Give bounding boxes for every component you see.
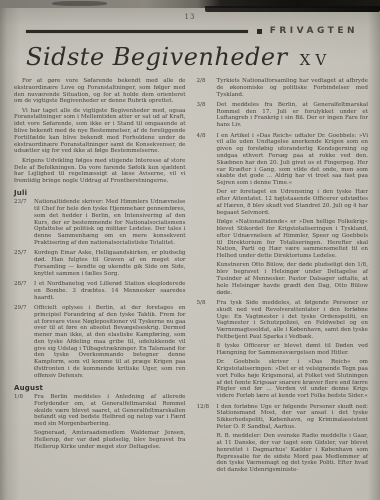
- intro-paragraph: For at gøre vore Søfarende bekendt med a…: [14, 78, 186, 105]
- news-entry: 23/7 Nationaltidende skriver: Med Himmle…: [14, 199, 186, 247]
- section-heading-august: August: [14, 385, 186, 392]
- article-title-numeral: XV: [300, 51, 332, 69]
- entry-text: Tyrkiets Nationalforsamling har vedtaget…: [217, 78, 369, 98]
- masthead-row: FRIVAGTEN: [26, 26, 358, 36]
- news-entry: 4/8 I en Artikel i »Das Reich« udtaler D…: [197, 133, 369, 297]
- entry-text: I den forløbne Uge er følgende Personer …: [217, 404, 369, 474]
- entry-paragraph: Fra tysk Side meddeles, at følgende Pers…: [217, 300, 369, 341]
- entry-paragraph: Det meddeles fra Berlin, at Generalfeltm…: [217, 102, 369, 129]
- section-heading-juli: Juli: [14, 190, 186, 197]
- entry-text: Det meddeles fra Berlin, at Generalfeltm…: [217, 102, 369, 129]
- entry-text: Officielt oplyses i Berlin, at der foret…: [34, 305, 186, 380]
- entry-paragraph: Sogneraad, Amtsraadsmedlem Waldemar Jens…: [34, 430, 186, 450]
- entry-paragraph: Der er foretaget en Udrensning i den tys…: [217, 189, 369, 216]
- entry-paragraph: Officielt oplyses i Berlin, at der foret…: [34, 305, 186, 380]
- entry-paragraph: Kunstneren Otto Bülow, der døde pludseli…: [217, 262, 369, 296]
- masthead-title: FRIVAGTEN: [270, 26, 358, 36]
- entry-text: Nationaltidende skriver: Med Himmlers Ud…: [34, 199, 186, 247]
- news-entry: 1/8 Fra Berlin meddeles i Anledning af a…: [14, 394, 186, 451]
- intro-paragraph: Vi har taget alle de vigtigste Begivenhe…: [14, 108, 186, 156]
- news-entry: 25/7 Kordegn Einar Aske, Helligaandskirk…: [14, 250, 186, 277]
- entry-text: I en Artikel i »Das Reich« udtaler Dr. G…: [217, 133, 369, 297]
- news-entry: 5/8 Fra tysk Side meddeles, at følgende …: [197, 300, 369, 400]
- article-title-script: Sidste Begivenheder: [26, 43, 288, 71]
- entry-date: 2/8: [197, 78, 217, 98]
- entry-date: 1/8: [14, 394, 34, 451]
- entry-paragraph: I et Nordbanetog ved Lillerød Station ek…: [34, 281, 186, 301]
- entry-paragraph: Dr. Goebbels skriver i »Das Reich« om Kr…: [217, 359, 369, 400]
- entry-paragraph: I en Artikel i »Das Reich« udtaler Dr. G…: [217, 133, 369, 187]
- article-title: Sidste Begivenheder XV: [26, 43, 380, 71]
- right-column: 2/8 Tyrkiets Nationalforsamling har vedt…: [197, 78, 369, 478]
- scanned-magazine-page: 13 FRIVAGTEN Sidste Begivenheder XV For …: [0, 0, 380, 500]
- entry-date: 29/7: [14, 305, 34, 380]
- entry-date: 4/8: [197, 133, 217, 297]
- entry-date: 12/8: [197, 404, 217, 474]
- entry-date: 5/8: [197, 300, 217, 400]
- entry-paragraph: R. B. meddeler: Den svenske Radio meddel…: [217, 433, 369, 474]
- news-entry: 29/7 Officielt oplyses i Berlin, at der …: [14, 305, 186, 380]
- entry-date: 25/7: [14, 250, 34, 277]
- news-entry: 12/8 I den forløbne Uge er følgende Pers…: [197, 404, 369, 474]
- entry-paragraph: I den forløbne Uge er følgende Personer …: [217, 404, 369, 431]
- intro-paragraph: Krigens Udvikling følges med stigende In…: [14, 158, 186, 185]
- news-entry: 28/7 I et Nordbanetog ved Lillerød Stati…: [14, 281, 186, 301]
- left-column: For at gøre vore Søfarende bekendt med a…: [14, 78, 186, 478]
- entry-date: 23/7: [14, 199, 34, 247]
- entry-paragraph: 8 tyske Officerer er blevet dømt til Død…: [217, 343, 369, 357]
- news-entry: 2/8 Tyrkiets Nationalforsamling har vedt…: [197, 78, 369, 98]
- page-number: 13: [0, 0, 380, 21]
- header-rule: [26, 30, 248, 33]
- entry-paragraph: Ifølge »Nationaltidende« er »Den hellige…: [217, 219, 369, 260]
- news-entry: 3/8 Det meddeles fra Berlin, at Generalf…: [197, 102, 369, 129]
- entry-paragraph: Kordegn Einar Aske, Helligaandskirken, e…: [34, 250, 186, 277]
- entry-text: Kordegn Einar Aske, Helligaandskirken, e…: [34, 250, 186, 277]
- two-column-body: For at gøre vore Søfarende bekendt med a…: [14, 78, 368, 478]
- entry-text: I et Nordbanetog ved Lillerød Station ek…: [34, 281, 186, 301]
- intro-block: For at gøre vore Søfarende bekendt med a…: [14, 78, 186, 185]
- entry-paragraph: Nationaltidende skriver: Med Himmlers Ud…: [34, 199, 186, 247]
- entry-date: 3/8: [197, 102, 217, 129]
- entry-paragraph: Tyrkiets Nationalforsamling har vedtaget…: [217, 78, 369, 98]
- entry-text: Fra tysk Side meddeles, at følgende Pers…: [217, 300, 369, 400]
- entry-text: Fra Berlin meddeles i Anledning af aller…: [34, 394, 186, 451]
- entry-paragraph: Fra Berlin meddeles i Anledning af aller…: [34, 394, 186, 428]
- entry-date: 28/7: [14, 281, 34, 301]
- header-rule-tip: [257, 29, 262, 34]
